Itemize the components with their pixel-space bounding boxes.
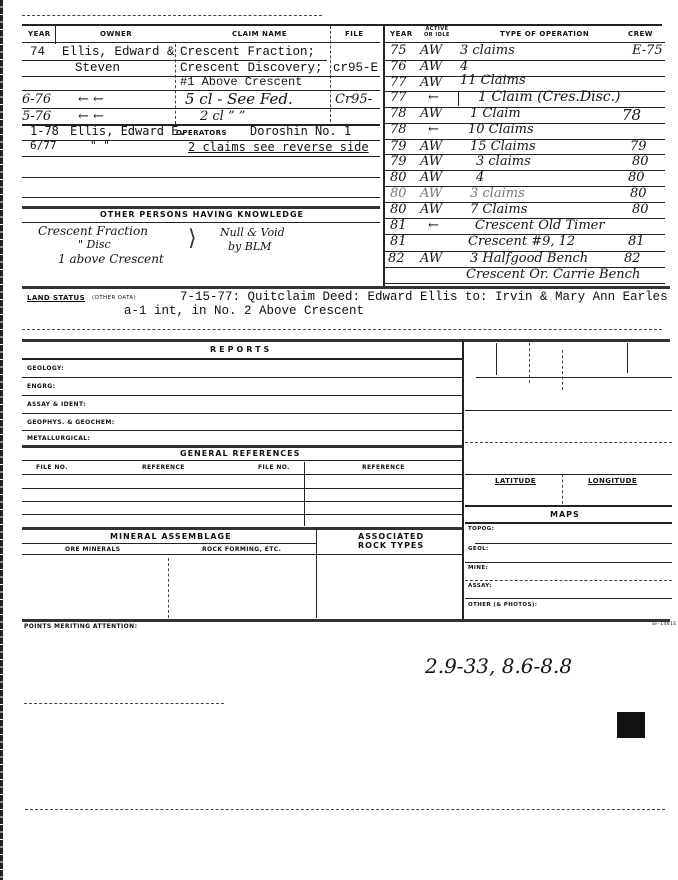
col-divider <box>168 558 169 618</box>
col-divider <box>304 462 305 526</box>
land-status-rule <box>22 329 662 330</box>
op-status: AW <box>420 251 442 266</box>
section-rule <box>22 460 462 461</box>
maps-field-geol: GEOL: <box>468 546 489 552</box>
op-type: 1 Claim <box>470 106 521 121</box>
row-rule <box>385 283 665 284</box>
col-header-file-no: FILE NO. <box>258 464 290 471</box>
col-header-claim-name: CLAIM NAME <box>232 30 287 38</box>
file-number-handwritten: Cr95- <box>335 92 372 107</box>
op-year: 81 <box>390 218 407 233</box>
col-header-type-of-operation: TYPE OF OPERATION <box>500 30 589 38</box>
land-status-line-2: a-1 int, in No. 2 Above Crescent <box>124 304 364 318</box>
section-rule <box>22 222 380 223</box>
field-rule <box>22 377 462 378</box>
land-status-line-1: 7-15-77: Quitclaim Deed: Edward Ellis to… <box>180 290 668 304</box>
field-rule <box>22 413 462 414</box>
op-crew: 80 <box>630 186 647 201</box>
row-rule <box>22 156 380 157</box>
other-person-line: 1 above Crescent <box>58 252 164 266</box>
op-status: AW <box>420 202 442 217</box>
associated-rock-types-label: ASSOCIATED <box>358 532 424 541</box>
op-crew: 80 <box>632 202 649 217</box>
row-rule <box>22 514 462 515</box>
col-header-rock-forming: ROCK FORMING, ETC. <box>202 546 281 553</box>
report-field-engrg: ENGRG: <box>27 383 55 390</box>
op-type: 3 claims <box>470 186 525 201</box>
op-status: AW <box>420 43 442 58</box>
op-type: 3 claims <box>460 43 515 58</box>
op-type: 3 claims <box>476 154 531 169</box>
col-header-file: FILE <box>345 30 364 38</box>
op-type: 15 Claims <box>470 139 536 154</box>
grid-divider <box>562 350 563 390</box>
mineral-assemblage-title: MINERAL ASSEMBLAGE <box>110 532 232 541</box>
other-person-line: Crescent Fraction <box>38 224 148 238</box>
op-type: 3 Halfgood Bench <box>470 251 588 266</box>
owner-name: Ellis, Edward E. <box>70 124 186 138</box>
op-status: AW <box>420 186 442 201</box>
op-type: Crescent Or. Carrie Bench <box>466 267 640 282</box>
col-header-ore-minerals: ORE MINERALS <box>65 546 120 553</box>
brace-mark: ⟩ <box>188 226 197 251</box>
reports-right-border <box>462 340 464 620</box>
note-rule <box>24 703 224 704</box>
section-rule <box>22 445 462 448</box>
land-status-sublabel: (OTHER DATA) <box>92 295 136 301</box>
grid-rule <box>465 474 672 475</box>
owner-year: 1-78 <box>30 124 59 138</box>
op-year: 77 <box>390 75 407 90</box>
operators-label: OPERATORS <box>176 129 227 137</box>
col-header-reference: REFERENCE <box>362 464 405 471</box>
op-year: 80 <box>390 186 407 201</box>
points-note: 2.9-33, 8.6-8.8 <box>425 654 572 678</box>
grid-divider <box>496 343 497 375</box>
op-status: AW <box>420 59 442 74</box>
claim-name: #1 Above Crescent <box>180 75 302 89</box>
report-field-assay: ASSAY & IDENT: <box>27 401 86 408</box>
claim-name: Doroshin No. 1 <box>250 124 351 138</box>
maps-field-assay: ASSAY: <box>468 583 492 589</box>
section-rule <box>22 339 670 342</box>
section-rule <box>465 505 672 507</box>
blank-row-rule <box>22 177 380 178</box>
op-crew: 82 <box>624 251 641 266</box>
field-rule <box>465 562 672 563</box>
field-rule <box>22 430 462 431</box>
field-rule <box>22 395 462 396</box>
grid-divider <box>627 343 628 373</box>
owner-name: Steven <box>75 61 120 75</box>
col-header-year: YEAR <box>28 30 51 38</box>
op-status: ← <box>428 218 439 233</box>
op-type: Crescent Old Timer <box>475 218 605 233</box>
land-status-label: LAND STATUS <box>27 294 85 302</box>
op-type: 11 Claims <box>460 73 526 88</box>
longitude-label: LONGITUDE <box>588 477 637 485</box>
claim-name-handwritten: 5 cl - See Fed. <box>185 90 293 108</box>
report-field-geology: GEOLOGY: <box>27 365 64 372</box>
op-status: AW <box>420 75 442 90</box>
scan-artifact <box>617 712 645 738</box>
owner-name-handwritten: ← ← <box>78 92 104 107</box>
op-year: 79 <box>390 139 407 154</box>
claim-name: Crescent Fraction; <box>180 45 315 59</box>
associated-rock-types-label-2: ROCK TYPES <box>358 541 424 550</box>
other-person-line: " Disc <box>78 238 111 251</box>
col-header-file-no: FILE NO. <box>36 464 68 471</box>
owner-name: " " <box>90 139 110 152</box>
op-crew: E-75 <box>632 43 663 58</box>
file-number: cr95-E <box>333 61 378 75</box>
op-status: ← <box>428 90 439 105</box>
op-status: AW <box>420 170 442 185</box>
field-rule <box>465 598 672 599</box>
section-rule <box>22 286 670 289</box>
owner-year: 74 <box>30 45 45 59</box>
op-crew: 78 <box>622 106 641 124</box>
general-references-title: GENERAL REFERENCES <box>180 449 300 458</box>
op-type: 4 <box>460 59 468 74</box>
maps-field-topog: TOPOG: <box>468 526 494 532</box>
other-persons-title: OTHER PERSONS HAVING KNOWLEDGE <box>100 210 304 219</box>
grid-divider <box>562 474 563 504</box>
grid-rule <box>465 442 672 443</box>
op-year: 80 <box>390 202 407 217</box>
owner-name-handwritten: ← ← <box>78 109 104 124</box>
section-rule <box>22 206 380 209</box>
col-header-crew: CREW <box>628 30 653 38</box>
op-status: ← <box>428 122 439 137</box>
col-header-reference: REFERENCE <box>142 464 185 471</box>
section-rule <box>465 522 672 524</box>
op-type: 10 Claims <box>468 122 534 137</box>
claim-name: Crescent Discovery; <box>180 61 323 75</box>
op-year: 78 <box>390 122 407 137</box>
maps-field-mine: MINE: <box>468 565 488 571</box>
op-crew: 79 <box>630 139 647 154</box>
row-rule <box>22 554 462 555</box>
col-header-active-idle: ACTIVE OR IDLE <box>422 26 452 38</box>
op-year: 77 <box>390 90 407 105</box>
cell-divider <box>458 92 459 106</box>
op-status: AW <box>420 106 442 121</box>
field-rule <box>465 580 672 581</box>
op-year: 79 <box>390 154 407 169</box>
report-field-metallurgical: METALLURGICAL: <box>27 435 90 442</box>
row-rule <box>22 501 462 502</box>
note-rule <box>25 809 665 810</box>
scan-binding-edge <box>0 0 3 880</box>
op-type: 7 Claims <box>470 202 527 217</box>
op-type: 1 Claim (Cres.Disc.) <box>478 89 621 105</box>
section-rule <box>22 358 462 360</box>
maps-title: MAPS <box>550 510 580 519</box>
col-divider <box>175 44 176 124</box>
op-crew: 81 <box>628 234 645 249</box>
op-year: 78 <box>390 106 407 121</box>
section-rule <box>22 527 462 530</box>
section-rule <box>22 543 316 544</box>
op-year: 75 <box>390 43 407 58</box>
owner-year-handwritten: 6-76 <box>22 92 51 107</box>
op-year: 80 <box>390 170 407 185</box>
owner-year-handwritten: 5-76 <box>22 109 51 124</box>
field-rule <box>475 543 672 544</box>
points-meriting-attention-label: POINTS MERITING ATTENTION: <box>24 623 137 630</box>
section-rule <box>22 619 670 622</box>
form-number: SF-1461E <box>652 622 677 627</box>
op-year: 81 <box>390 234 407 249</box>
blank-row-rule <box>22 197 380 198</box>
other-person-note: by BLM <box>228 240 271 253</box>
latitude-label: LATITUDE <box>495 477 536 485</box>
op-status: AW <box>420 154 442 169</box>
other-person-note: Null & Void <box>220 226 285 239</box>
col-header-year: YEAR <box>390 30 413 38</box>
owner-year: 6/77 <box>30 139 57 152</box>
col-divider <box>316 528 317 618</box>
row-rule <box>22 488 462 489</box>
op-type: Crescent #9, 12 <box>468 234 575 249</box>
header-rule <box>22 42 380 43</box>
owner-name: Ellis, Edward & <box>62 45 175 59</box>
report-field-geophys: GEOPHYS. & GEOCHEM: <box>27 419 115 426</box>
op-type: 4 <box>476 170 484 185</box>
top-border <box>22 24 662 26</box>
grid-rule <box>476 377 672 378</box>
col-header-owner: OWNER <box>100 30 132 38</box>
reports-title: REPORTS <box>210 345 272 354</box>
maps-field-other-photos: OTHER (& PHOTOS): <box>468 602 537 608</box>
op-year: 76 <box>390 59 407 74</box>
op-crew: 80 <box>628 170 645 185</box>
row-rule <box>22 474 462 475</box>
op-status: AW <box>420 139 442 154</box>
claim-name-note: 2 claims see reverse side <box>188 140 369 154</box>
claim-name-handwritten: 2 cl ” ” <box>200 109 245 124</box>
top-rule <box>22 15 322 16</box>
table-divider <box>383 24 385 286</box>
op-year: 82 <box>388 251 405 266</box>
op-crew: 80 <box>632 154 649 169</box>
grid-rule <box>465 410 672 411</box>
